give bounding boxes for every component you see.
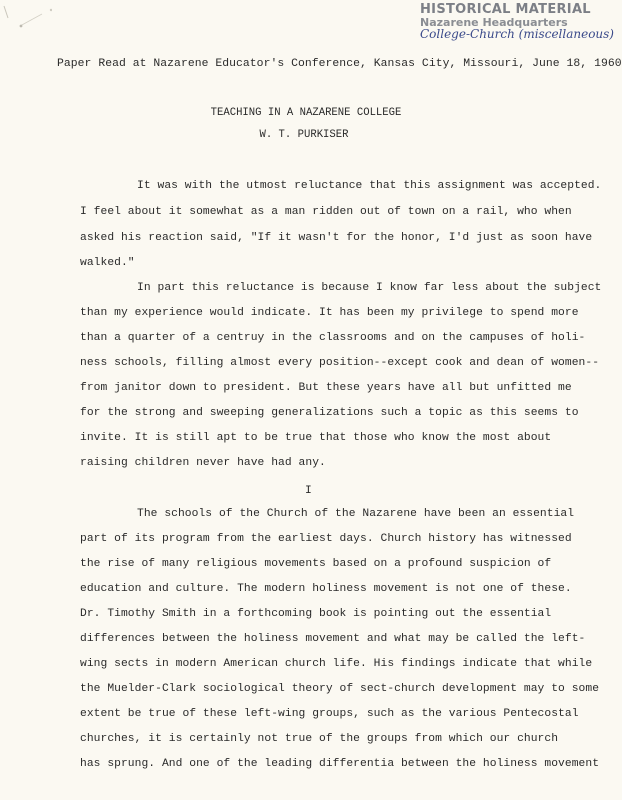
text-line: differences between the holiness movemen…: [80, 633, 585, 645]
text-line: walked.": [80, 257, 135, 269]
text-line: from janitor down to president. But thes…: [80, 382, 572, 394]
text-line: than a quarter of a centruy in the class…: [80, 332, 585, 344]
scan-artifact-mark: [2, 4, 52, 34]
text-line: The schools of the Church of the Nazaren…: [137, 508, 574, 520]
document-author: W. T. PURKISER: [0, 129, 615, 141]
text-line: asked his reaction said, "If it wasn't f…: [80, 232, 592, 244]
text-line: In part this reluctance is because I kno…: [137, 282, 601, 294]
text-line: part of its program from the earliest da…: [80, 533, 572, 545]
section-numeral: I: [305, 485, 312, 497]
text-line: the rise of many religious movements bas…: [80, 558, 551, 570]
text-line: ness schools, filling almost every posit…: [80, 357, 599, 369]
conference-note: Paper Read at Nazarene Educator's Confer…: [57, 58, 622, 70]
text-line: extent be true of these left-wing groups…: [80, 708, 579, 720]
text-line: Dr. Timothy Smith in a forthcoming book …: [80, 608, 551, 620]
text-line: than my experience would indicate. It ha…: [80, 307, 579, 319]
text-line: wing sects in modern American church lif…: [80, 658, 592, 670]
text-line: education and culture. The modern holine…: [80, 583, 572, 595]
document-title: TEACHING IN A NAZARENE COLLEGE: [0, 107, 617, 119]
text-line: the Muelder-Clark sociological theory of…: [80, 683, 599, 695]
text-line: It was with the utmost reluctance that t…: [137, 180, 601, 192]
text-line: raising children never have had any.: [80, 457, 326, 469]
text-line: invite. It is still apt to be true that …: [80, 432, 551, 444]
stamp-title: HISTORICAL MATERIAL: [420, 3, 610, 17]
document-page: HISTORICAL MATERIAL Nazarene Headquarter…: [0, 0, 622, 800]
text-line: I feel about it somewhat as a man ridden…: [80, 206, 572, 218]
text-line: for the strong and sweeping generalizati…: [80, 407, 579, 419]
text-line: churches, it is certainly not true of th…: [80, 733, 558, 745]
historical-material-stamp: HISTORICAL MATERIAL Nazarene Headquarter…: [420, 3, 610, 41]
text-line: has sprung. And one of the leading diffe…: [80, 758, 599, 770]
handwritten-annotation: College-Church (miscellaneous): [420, 28, 610, 41]
